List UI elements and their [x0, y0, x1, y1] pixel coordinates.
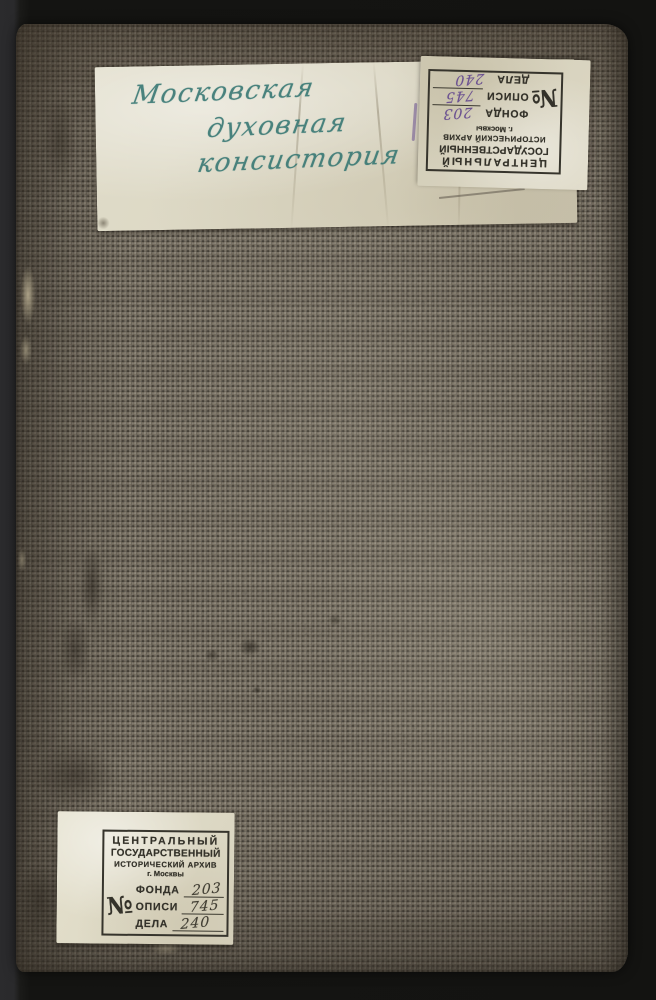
handwritten-word-1: Московская [130, 73, 317, 111]
fond-row: ФОНДА 203 [136, 880, 224, 898]
archival-book-cover-photo: Московская духовная консистория ЦЕНТРАЛЬ… [0, 0, 656, 1000]
opis-number-handwritten: 745 [444, 87, 475, 105]
fond-underline: 203 [184, 879, 224, 897]
delo-row: ДЕЛА 240 [433, 70, 529, 90]
delo-row: ДЕЛА 240 [135, 914, 223, 932]
opis-underline: 745 [432, 87, 482, 106]
pencil-scribble [439, 188, 525, 199]
opis-row: ОПИСИ 745 [432, 87, 528, 107]
archive-stamp-label-top-upside-down: ЦЕНТРАЛЬНЫЙ ГОСУДАРСТВЕННЫЙ ИСТОРИЧЕСКИЙ… [417, 56, 590, 190]
fond-underline: 203 [432, 104, 481, 123]
delo-number-handwritten: 240 [454, 70, 485, 88]
opis-underline: 745 [182, 896, 224, 914]
stamp-rows: № ФОНДА 203 ОПИСИ 745 ДЕЛА 240 [106, 880, 224, 932]
archive-name-line-1: ЦЕНТРАЛЬНЫЙ [107, 835, 224, 849]
delo-label: ДЕЛА [496, 72, 529, 86]
fond-number-handwritten: 203 [442, 104, 473, 122]
handwritten-word-2: духовная [205, 108, 350, 144]
fond-label: ФОНДА [136, 884, 180, 897]
archive-stamp-label-bottom: ЦЕНТРАЛЬНЫЙ ГОСУДАРСТВЕННЫЙ ИСТОРИЧЕСКИЙ… [56, 811, 234, 945]
handwritten-word-3: консистория [195, 140, 403, 179]
opis-row: ОПИСИ 745 [136, 897, 224, 915]
fond-label: ФОНДА [484, 105, 528, 119]
delo-underline: 240 [433, 70, 493, 90]
archive-city-line: г. Москвы [107, 869, 224, 879]
numero-symbol: № [106, 892, 134, 918]
opis-label: ОПИСИ [486, 89, 529, 103]
stamp-border-box: ЦЕНТРАЛЬНЫЙ ГОСУДАРСТВЕННЫЙ ИСТОРИЧЕСКИЙ… [426, 69, 564, 174]
stamp-border-box: ЦЕНТРАЛЬНЫЙ ГОСУДАРСТВЕННЫЙ ИСТОРИЧЕСКИЙ… [101, 830, 229, 937]
fond-row: ФОНДА 203 [432, 104, 528, 124]
delo-underline: 240 [172, 913, 224, 932]
stamp-rows: № ФОНДА 203 ОПИСИ 745 ДЕЛА 240 [432, 70, 558, 124]
stamp-row-list: ФОНДА 203 ОПИСИ 745 ДЕЛА 240 [432, 70, 529, 123]
stamp-row-list: ФОНДА 203 ОПИСИ 745 ДЕЛА 240 [135, 880, 224, 932]
delo-label: ДЕЛА [135, 918, 168, 931]
numero-symbol: № [531, 86, 559, 112]
delo-number-handwritten: 240 [180, 914, 210, 933]
